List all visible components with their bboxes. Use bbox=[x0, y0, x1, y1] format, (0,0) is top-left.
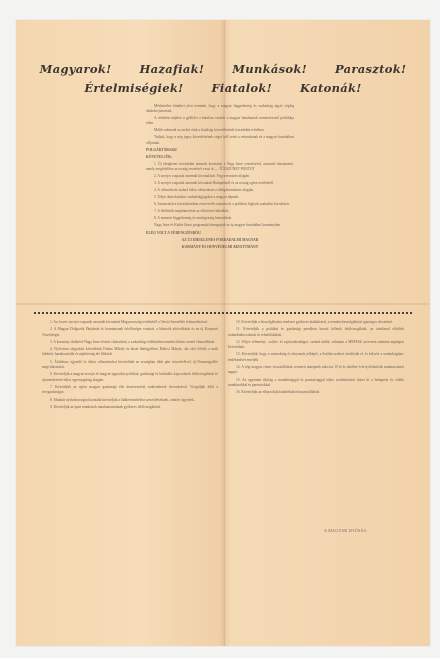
demand-item: 3. A szovjet csapatok azonnali kivonását… bbox=[146, 181, 294, 186]
document-sheet: Magyarok! Hazafiak! Munkások! Parasztok!… bbox=[16, 20, 430, 646]
demand-item: 7. A felelősök megbüntetését az elkövete… bbox=[146, 209, 294, 214]
point-item: 3. A kormány elnökévé Nagy Imre elvtárs … bbox=[42, 340, 218, 345]
point-item: 15. Az egyetemi ifjúság a munkássággal é… bbox=[228, 378, 404, 389]
point-item: 6. Követeljük a magyar-szovjet és magyar… bbox=[42, 372, 218, 383]
demand-item: 1. Új ideiglenes forradalmi nemzeti korm… bbox=[146, 162, 294, 172]
demand-item: 5. Teljes demokratikus szabadságjogokat … bbox=[146, 195, 294, 200]
point-item: 13. Követeljük, hogy a zsarnokság és eln… bbox=[228, 352, 404, 363]
heading-demands: KÖVETELJÜK: bbox=[146, 155, 294, 160]
intro-paragraph: A védtelen népben a gyűlölet a hatalom v… bbox=[146, 116, 294, 126]
signed-by-line: AZ ÚJ IDEIGLENES FORRADALMI MAGYAR bbox=[146, 238, 294, 243]
heading-citizens: POLGÁRTÁRSAK! bbox=[146, 148, 294, 153]
dotted-divider bbox=[34, 312, 412, 314]
proclamation-body: Mérhetetlen bűnöket jóvá tennünk, hogy a… bbox=[146, 104, 294, 252]
slogan: Munkások! bbox=[232, 62, 307, 76]
slogan: Hazafiak! bbox=[139, 62, 204, 76]
intro-paragraph: Tudjuk, hogy a nép jogos követelésének v… bbox=[146, 135, 294, 145]
slogan-header: Magyarok! Hazafiak! Munkások! Parasztok!… bbox=[16, 62, 430, 100]
demand-item: 8. A nemzeti függetlenség és semlegesség… bbox=[146, 216, 294, 221]
slogan: Magyarok! bbox=[40, 62, 112, 76]
point-item: 8. Munkás nyilvánosságra hozatalát követ… bbox=[42, 398, 218, 403]
point-item: 7. Követeljük az egész magyar gazdasági … bbox=[42, 385, 218, 396]
left-column: 1. Az összes szovjet csapatok azonnali k… bbox=[42, 320, 218, 412]
slogan: Értelmiségiek! bbox=[84, 81, 183, 95]
slogan-row-1: Magyarok! Hazafiak! Munkások! Parasztok! bbox=[16, 62, 430, 76]
signed-by-line: KORMÁNY ÉS HONVÉDELMI BIZOTTMÁNY bbox=[146, 245, 294, 250]
point-item: 5. Általános, egyenlő és titkos választá… bbox=[42, 360, 218, 371]
closing-paragraph: Nagy Imre és Kádár János programját támo… bbox=[146, 223, 294, 228]
point-item: 16. Követeljük az elhurcoltak haladéktal… bbox=[228, 390, 404, 395]
slogan: Katonák! bbox=[300, 81, 362, 95]
demand-item: 2. A szovjet csapatok azonnali kivonulás… bbox=[146, 174, 294, 179]
slogan-row-2: Értelmiségiek! Fiatalok! Katonák! bbox=[16, 81, 430, 95]
right-column: 10. Követeljük a beszolgáltatási rendsze… bbox=[228, 320, 404, 398]
slogan-enough: ELÉG VOLT A VÉRENGZÉSBŐL! bbox=[146, 231, 294, 236]
point-item: 9. Követeljük az ipari munkások munkanor… bbox=[42, 405, 218, 410]
point-item: 14. A régi magyar címer visszaállítását,… bbox=[228, 365, 404, 376]
signature: A MAGYAR IFJÚSÁG bbox=[324, 528, 367, 533]
point-item: 1. Az összes szovjet csapatok azonnali k… bbox=[42, 320, 218, 325]
intro-paragraph: Múlik számunk az utolsó órák a fiatalság… bbox=[146, 128, 294, 133]
point-item: 11. Követeljük a politikai és gazdasági … bbox=[228, 327, 404, 338]
point-item: 10. Követeljük a beszolgáltatási rendsze… bbox=[228, 320, 404, 325]
demand-item: 4. A választások szabad titkos választás… bbox=[146, 188, 294, 193]
slogan: Fiatalok! bbox=[211, 81, 272, 95]
paper-fold-horizontal bbox=[16, 303, 430, 305]
demand-item: 6. Amnesztiát a forradalomban résztvevők… bbox=[146, 202, 294, 207]
point-item: 4. Nyilvános tárgyalást követelünk Farka… bbox=[42, 347, 218, 358]
point-item: 2. A Magyar Dolgozók Pártjának és kormán… bbox=[42, 327, 218, 338]
point-item: 12. Teljes vélemény-, szólás- és sajtósz… bbox=[228, 340, 404, 351]
intro-paragraph: Mérhetetlen bűnöket jóvá tennünk, hogy a… bbox=[146, 104, 294, 114]
slogan: Parasztok! bbox=[335, 62, 406, 76]
